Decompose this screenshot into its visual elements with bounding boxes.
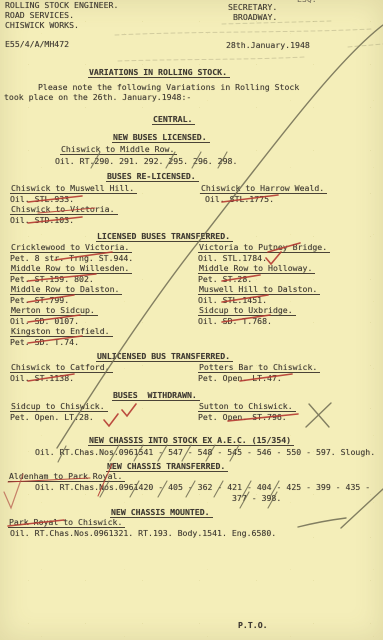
fleet-line: Oil. SD. T.768. (198, 317, 272, 326)
route-line: Chiswick to Middle Row. (60, 145, 177, 155)
pencil-diagonal-lower-right (341, 489, 383, 528)
recipient-cut-line: ESQ. (297, 0, 317, 4)
route-line: Middle Row to Dalston. (10, 285, 122, 295)
region-heading: CENTRAL. (152, 115, 195, 125)
intro-line-1: Please note the following Variations in … (38, 83, 299, 92)
chassis-numbers-line: Oil. RT.Chas.Nos.0961541 - 547 - 548 - 5… (35, 448, 375, 457)
fleet-line: Oil. STL.1784. (198, 254, 267, 263)
sender-line-3: CHISWICK WORKS. (5, 21, 79, 30)
chassis-numbers-line: 377 - 398. (232, 494, 281, 503)
recipient-line-1: SECRETARY. (228, 3, 277, 12)
pencil-x-mark (306, 403, 331, 427)
fleet-line: Oil. RT.290. 291. 292. 295. 296. 298. (55, 157, 237, 166)
fleet-line: Pet. ST.159. 802. (10, 275, 94, 284)
date: 28th.January.1948 (226, 41, 310, 50)
route-line: Chiswick to Muswell Hill. (10, 184, 137, 194)
reference-number: E55/4/A/MH472 (5, 40, 69, 49)
fleet-line: Oil. STL.933. (10, 195, 74, 204)
section-heading-buses-relicensed: BUSES RE-LICENSED. (106, 172, 199, 182)
route-line: Park Royal to Chiswick. (8, 518, 125, 528)
fleet-line: Oil. STL.1775. (205, 195, 274, 204)
route-line: Chiswick to Catford. (10, 363, 113, 373)
fleet-line: Pet. 8 str. Trng. ST.944. (10, 254, 133, 263)
route-line: Sidcup to Chiswick. (10, 402, 108, 412)
section-heading-new-buses-licensed: NEW BUSES LICENSED. (112, 133, 210, 143)
sender-line-2: ROAD SERVICES. (5, 11, 74, 20)
section-heading-licensed-transferred: LICENSED BUSES TRANSFERRED. (96, 232, 233, 242)
route-line: Middle Row to Willesden. (10, 264, 132, 274)
route-line: Middle Row to Holloway. (198, 264, 315, 274)
document-page: ROLLING STOCK ENGINEER. ROAD SERVICES. C… (0, 0, 383, 640)
red-check-mark (104, 414, 118, 426)
fleet-line: Pet. ST.799. (10, 296, 69, 305)
route-line: Aldenham to Park Royal. (8, 472, 125, 482)
fleet-line: Oil. STD.103. (10, 216, 74, 225)
fleet-line: Pet. ST.28. (198, 275, 252, 284)
chassis-numbers-line: Oil. RT.Chas.Nos.0961321. RT.193. Body.1… (10, 529, 276, 538)
intro-line-2: took place on the 26th. January.1948:- (4, 93, 191, 102)
fleet-line: Pet. SD. T.74. (10, 338, 79, 347)
route-line: Chiswick to Harrow Weald. (200, 184, 327, 194)
section-heading-chassis-into-stock: NEW CHASSIS INTO STOCK EX A.E.C. (15/354… (88, 436, 294, 446)
route-line: Merton to Sidcup. (10, 306, 98, 316)
route-line: Muswell Hill to Dalston. (198, 285, 320, 295)
route-line: Potters Bar to Chiswick. (198, 363, 320, 373)
route-line: Kingston to Enfield. (10, 327, 113, 337)
fleet-line: Pet. Open. LT.47. (198, 374, 282, 383)
recipient-line-2: BROADWAY. (233, 13, 277, 22)
fleet-line: Oil. ST.1138. (10, 374, 74, 383)
section-heading-buses-withdrawn: BUSES WITHDRAWN. (112, 391, 200, 401)
route-line: Cricklewood to Victoria. (10, 243, 132, 253)
red-check-mark (122, 404, 136, 416)
fleet-line: Pet. Open. LT.28. (10, 413, 94, 422)
fleet-line: Pet. Open. ST.796. (198, 413, 287, 422)
page-title: VARIATIONS IN ROLLING STOCK. (88, 68, 230, 78)
route-line: Chiswick to Victoria. (10, 205, 118, 215)
route-line: Sidcup to Uxbridge. (198, 306, 296, 316)
pto-note: P.T.O. (238, 621, 268, 630)
section-heading-chassis-transferred: NEW CHASSIS TRANSFERRED. (106, 462, 228, 472)
section-heading-chassis-mounted: NEW CHASSIS MOUNTED. (110, 508, 213, 518)
fleet-line: Oil. SD. 0107. (10, 317, 79, 326)
chassis-numbers-line: Oil. RT.Chas.Nos.0961420 - 405 - 362 - 4… (35, 483, 370, 492)
pencil-dash (298, 518, 346, 527)
sender-line-1: ROLLING STOCK ENGINEER. (5, 1, 118, 10)
route-line: Sutton to Chiswick. (198, 402, 296, 412)
route-line: Victoria to Putney Bridge. (198, 243, 330, 253)
fleet-line: Oil. STL.1451. (198, 296, 267, 305)
section-heading-unlicensed-transferred: UNLICENSED BUS TRANSFERRED. (96, 352, 233, 362)
